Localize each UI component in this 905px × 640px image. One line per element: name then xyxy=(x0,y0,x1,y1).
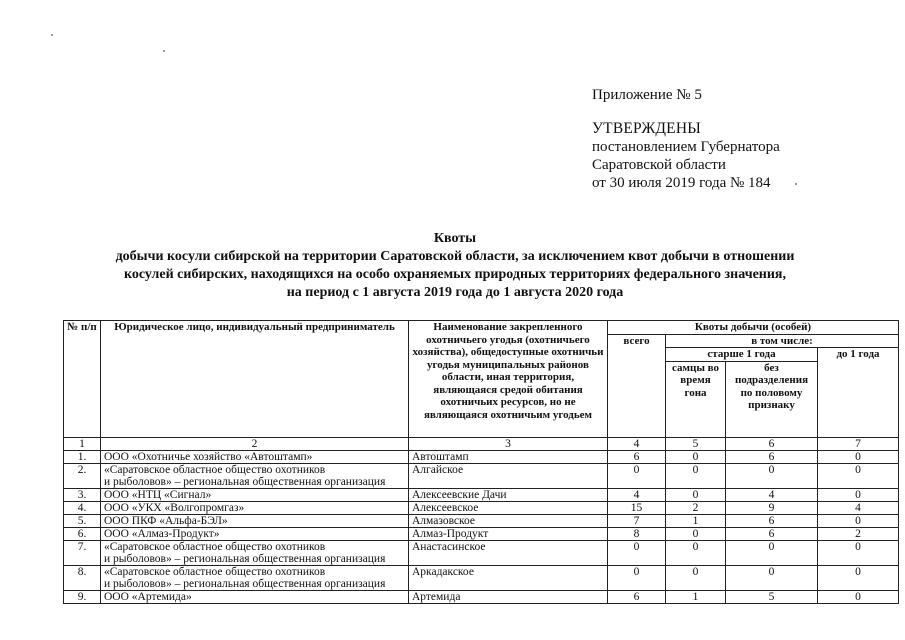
entity-line: «Саратовское областное общество охотнико… xyxy=(104,464,405,476)
undivided-cell: 6 xyxy=(726,514,818,527)
males-cell: 2 xyxy=(666,501,726,514)
table-row: 3.ООО «НТЦ «Сигнал»Алексеевские Дачи4040 xyxy=(64,488,899,501)
column-number: 3 xyxy=(409,437,608,450)
ground-cell: Артемида xyxy=(409,590,608,603)
undivided-cell: 9 xyxy=(726,501,818,514)
total-cell: 0 xyxy=(608,540,666,565)
title-head: Квоты xyxy=(60,230,850,248)
undivided-cell: 6 xyxy=(726,450,818,463)
undivided-cell: 5 xyxy=(726,590,818,603)
header-entity: Юридическое лицо, индивидуальный предпри… xyxy=(101,321,409,438)
table-row: 2.«Саратовское областное общество охотни… xyxy=(64,463,899,488)
row-number: 1. xyxy=(64,450,101,463)
table-row: 5.ООО ПКФ «Альфа-БЭЛ»Алмазовское7160 xyxy=(64,514,899,527)
column-number: 5 xyxy=(666,437,726,450)
males-cell: 0 xyxy=(666,488,726,501)
row-number: 4. xyxy=(64,501,101,514)
row-number: 8. xyxy=(64,565,101,590)
table-row: 4.ООО «УКХ «Волгопромгаз»Алексеевское152… xyxy=(64,501,899,514)
total-cell: 7 xyxy=(608,514,666,527)
header-ground: Наименование закрепленного охотничьего у… xyxy=(409,321,608,438)
entity-line: и рыболовов» – региональная общественная… xyxy=(104,578,405,590)
total-cell: 6 xyxy=(608,450,666,463)
header-quota: Квоты добычи (особей) xyxy=(608,321,899,335)
row-number: 2. xyxy=(64,463,101,488)
entity-cell: ООО «Охотничье хозяйство «Автоштамп» xyxy=(101,450,409,463)
ground-cell: Аркадакское xyxy=(409,565,608,590)
males-cell: 1 xyxy=(666,590,726,603)
column-numbers-row: 1 2 3 4 5 6 7 xyxy=(64,437,899,450)
males-cell: 0 xyxy=(666,450,726,463)
row-number: 5. xyxy=(64,514,101,527)
entity-cell: ООО «УКХ «Волгопромгаз» xyxy=(101,501,409,514)
table-row: 9.ООО «Артемида»Артемида6150 xyxy=(64,590,899,603)
ground-cell: Алмазовское xyxy=(409,514,608,527)
title-line: на период с 1 августа 2019 года до 1 авг… xyxy=(60,284,850,302)
header-total: всего xyxy=(608,334,666,437)
header-older: старше 1 года xyxy=(666,348,818,362)
table-row: 8.«Саратовское областное общество охотни… xyxy=(64,565,899,590)
document-title: Квоты добычи косули сибирской на террито… xyxy=(60,230,850,302)
scan-speck xyxy=(795,183,797,185)
total-cell: 0 xyxy=(608,463,666,488)
column-number: 4 xyxy=(608,437,666,450)
under1-cell: 0 xyxy=(818,514,899,527)
entity-cell: ООО «НТЦ «Сигнал» xyxy=(101,488,409,501)
scan-speck xyxy=(163,50,165,52)
undivided-cell: 0 xyxy=(726,540,818,565)
entity-cell: ООО ПКФ «Альфа-БЭЛ» xyxy=(101,514,409,527)
ground-cell: Алексеевское xyxy=(409,501,608,514)
quota-table: № п/п Юридическое лицо, индивидуальный п… xyxy=(63,320,899,604)
header-undivided: без подразделения по половому признаку xyxy=(726,361,818,437)
row-number: 6. xyxy=(64,527,101,540)
undivided-cell: 0 xyxy=(726,463,818,488)
entity-cell: ООО «Артемида» xyxy=(101,590,409,603)
scan-speck xyxy=(51,34,53,36)
ground-cell: Автоштамп xyxy=(409,450,608,463)
males-cell: 0 xyxy=(666,527,726,540)
under1-cell: 4 xyxy=(818,501,899,514)
table-row: 6.ООО «Алмаз-Продукт»Алмаз-Продукт8062 xyxy=(64,527,899,540)
entity-line: и рыболовов» – региональная общественная… xyxy=(104,476,405,488)
total-cell: 15 xyxy=(608,501,666,514)
entity-cell: ООО «Алмаз-Продукт» xyxy=(101,527,409,540)
title-line: косулей сибирских, находящихся на особо … xyxy=(60,266,850,284)
entity-cell: «Саратовское областное общество охотнико… xyxy=(101,540,409,565)
males-cell: 0 xyxy=(666,540,726,565)
approval-stamp: Приложение № 5 УТВЕРЖДЕНЫ постановлением… xyxy=(592,86,780,192)
total-cell: 4 xyxy=(608,488,666,501)
table-row: 7.«Саратовское областное общество охотни… xyxy=(64,540,899,565)
header-under1: до 1 года xyxy=(818,348,899,438)
ground-cell: Алмаз-Продукт xyxy=(409,527,608,540)
entity-line: «Саратовское областное общество охотнико… xyxy=(104,541,405,553)
row-number: 3. xyxy=(64,488,101,501)
approval-line: от 30 июля 2019 года № 184 xyxy=(592,174,780,192)
approval-line: Саратовской области xyxy=(592,156,780,174)
approval-line: постановлением Губернатора xyxy=(592,138,780,156)
header-males: самцы во время гона xyxy=(666,361,726,437)
title-line: добычи косули сибирской на территории Са… xyxy=(60,248,850,266)
ground-cell: Анастасинское xyxy=(409,540,608,565)
column-number: 7 xyxy=(818,437,899,450)
males-cell: 0 xyxy=(666,565,726,590)
males-cell: 0 xyxy=(666,463,726,488)
row-number: 7. xyxy=(64,540,101,565)
under1-cell: 0 xyxy=(818,450,899,463)
males-cell: 1 xyxy=(666,514,726,527)
under1-cell: 0 xyxy=(818,463,899,488)
approved-heading: УТВЕРЖДЕНЫ xyxy=(592,120,780,138)
entity-line: и рыболовов» – региональная общественная… xyxy=(104,553,405,565)
table-row: 1.ООО «Охотничье хозяйство «Автоштамп»Ав… xyxy=(64,450,899,463)
entity-line: «Саратовское областное общество охотнико… xyxy=(104,566,405,578)
under1-cell: 0 xyxy=(818,540,899,565)
undivided-cell: 6 xyxy=(726,527,818,540)
header-including: в том числе: xyxy=(666,334,899,348)
ground-cell: Алгайское xyxy=(409,463,608,488)
column-number: 1 xyxy=(64,437,101,450)
header-num: № п/п xyxy=(64,321,101,438)
total-cell: 0 xyxy=(608,565,666,590)
under1-cell: 0 xyxy=(818,590,899,603)
entity-cell: «Саратовское областное общество охотнико… xyxy=(101,463,409,488)
entity-cell: «Саратовское областное общество охотнико… xyxy=(101,565,409,590)
under1-cell: 0 xyxy=(818,488,899,501)
under1-cell: 0 xyxy=(818,565,899,590)
under1-cell: 2 xyxy=(818,527,899,540)
undivided-cell: 4 xyxy=(726,488,818,501)
total-cell: 8 xyxy=(608,527,666,540)
total-cell: 6 xyxy=(608,590,666,603)
ground-cell: Алексеевские Дачи xyxy=(409,488,608,501)
column-number: 2 xyxy=(101,437,409,450)
column-number: 6 xyxy=(726,437,818,450)
undivided-cell: 0 xyxy=(726,565,818,590)
row-number: 9. xyxy=(64,590,101,603)
annex-label: Приложение № 5 xyxy=(592,86,780,104)
